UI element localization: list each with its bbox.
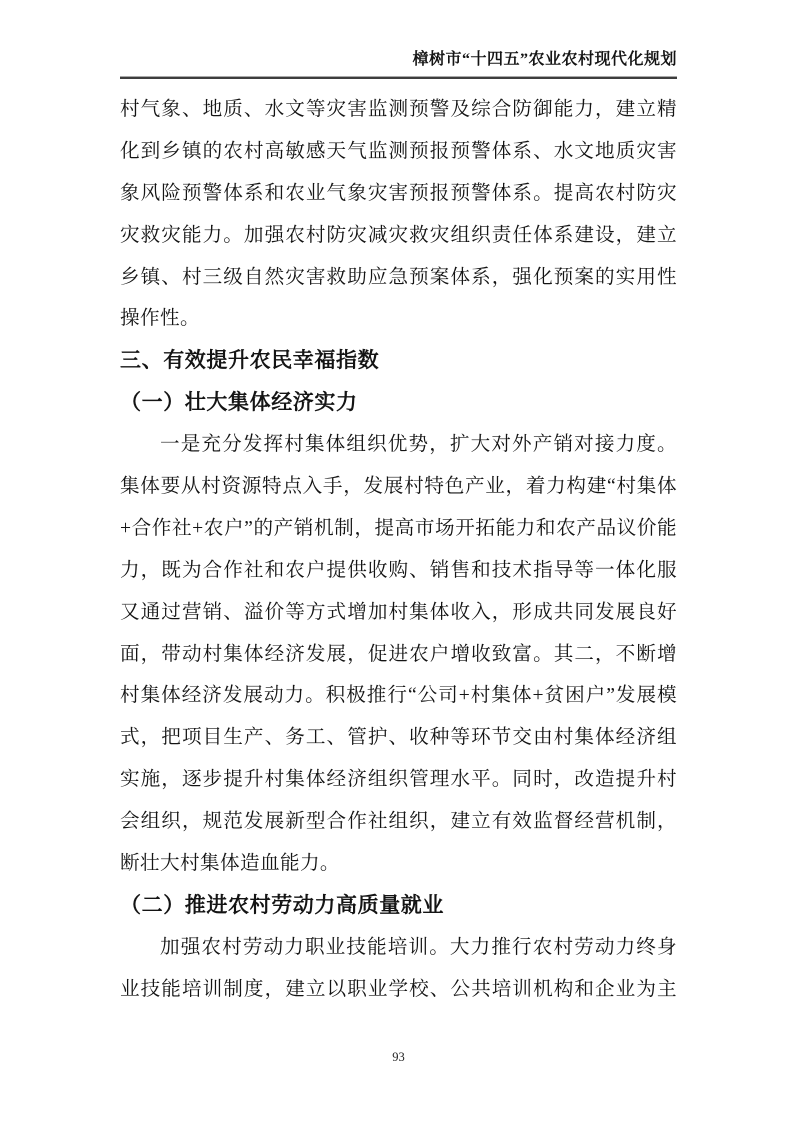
- text-line: 一是充分发挥村集体组织优势，扩大对外产销对接力度。村: [120, 424, 677, 466]
- text-line: 灾救灾能力。加强农村防灾减灾救灾组织责任体系建设，建立市、: [120, 215, 677, 257]
- page-number: 93: [392, 1050, 405, 1064]
- text-line: 会组织，规范发展新型合作社组织，建立有效监督经营机制，不: [120, 801, 677, 843]
- subsection-heading: （一）壮大集体经济实力: [120, 382, 677, 424]
- text-line: 实施，逐步提升村集体经济组织管理水平。同时，改造提升村委: [120, 759, 677, 801]
- document-body: 村气象、地质、水文等灾害监测预警及综合防御能力，建立精细 化到乡镇的农村高敏感天…: [120, 89, 677, 1011]
- text-line: 村集体经济发展动力。积极推行“公司+村集体+贫困户”发展模: [120, 675, 677, 717]
- text-line: 业技能培训制度，建立以职业学校、公共培训机构和企业为主体: [120, 969, 677, 1011]
- header-title: 樟树市“十四五”农业农村现代化规划: [120, 49, 677, 71]
- text-line: 化到乡镇的农村高敏感天气监测预报预警体系、水文地质灾害气: [120, 131, 677, 173]
- text-line: 操作性。: [120, 298, 677, 340]
- subsection-heading: （二）推进农村劳动力高质量就业: [120, 885, 677, 927]
- text-line: 式，把项目生产、务工、管护、收种等环节交由村集体经济组织: [120, 717, 677, 759]
- text-line: 集体要从村资源特点入手，发展村特色产业，着力构建“村集体: [120, 466, 677, 508]
- page-footer: 93: [120, 1049, 677, 1065]
- text-line: 加强农村劳动力职业技能培训。大力推行农村劳动力终身职: [120, 927, 677, 969]
- document-page: 樟树市“十四五”农业农村现代化规划 村气象、地质、水文等灾害监测预警及综合防御能…: [0, 0, 793, 1122]
- text-line: 力，既为合作社和农户提供收购、销售和技术指导等一体化服务，: [120, 550, 677, 592]
- text-line: 象风险预警体系和农业气象灾害预报预警体系。提高农村防灾减: [120, 173, 677, 215]
- text-line: 又通过营销、溢价等方式增加村集体收入，形成共同发展良好局: [120, 592, 677, 634]
- header-rule: [120, 76, 677, 79]
- text-line: 乡镇、村三级自然灾害救助应急预案体系，强化预案的实用性和: [120, 257, 677, 299]
- text-line: 断壮大村集体造血能力。: [120, 843, 677, 885]
- text-line: +合作社+农户”的产销机制，提高市场开拓能力和农产品议价能: [120, 508, 677, 550]
- text-line: 面，带动村集体经济发展，促进农户增收致富。其二，不断增强: [120, 634, 677, 676]
- text-line: 村气象、地质、水文等灾害监测预警及综合防御能力，建立精细: [120, 89, 677, 131]
- section-heading: 三、有效提升农民幸福指数: [120, 340, 677, 382]
